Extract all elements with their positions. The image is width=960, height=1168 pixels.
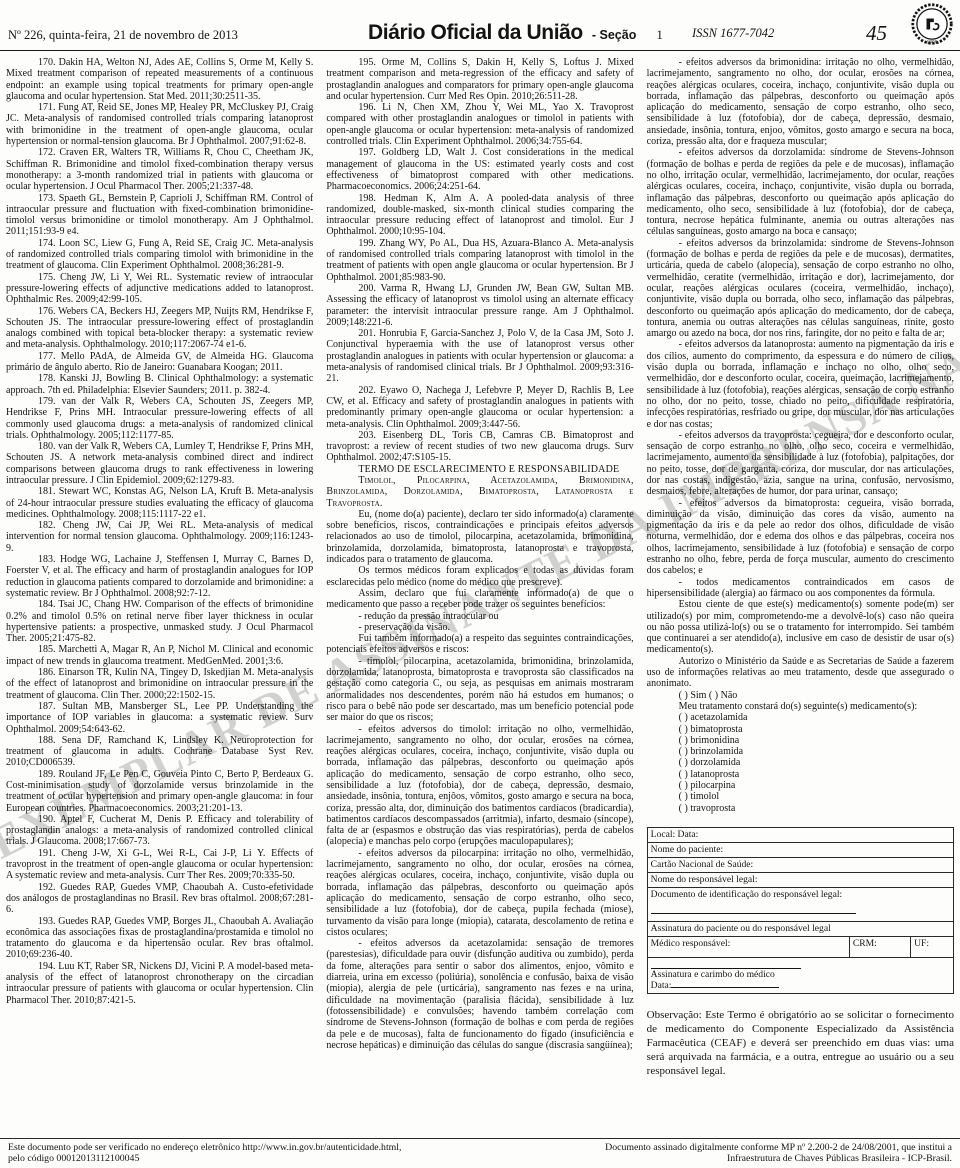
paragraph: ( ) pilocarpina bbox=[647, 780, 954, 791]
digital-signature-note: Documento assinado digitalmente conforme… bbox=[605, 1142, 952, 1164]
observation-note: Observação: Este Termo é obrigatório ao … bbox=[647, 1008, 954, 1078]
paragraph: - efeitos adversos da bimatoprosta: cegu… bbox=[647, 498, 954, 577]
reference-paragraph: 176. Webers CA, Beckers HJ, Zeegers MP, … bbox=[6, 306, 313, 351]
form-field-physician: Médico responsável: bbox=[647, 936, 849, 957]
issn-label: ISSN 1677-7042 bbox=[692, 26, 774, 41]
patient-form-table: Local: Data: Nome do paciente: Cartão Na… bbox=[647, 827, 954, 994]
section-label: - Seção bbox=[592, 28, 636, 42]
paragraph: ( ) travoprosta bbox=[647, 803, 954, 814]
reference-paragraph: 189. Rouland JF, Le Pen C, Gouveia Pinto… bbox=[6, 769, 313, 814]
paragraph: 201. Honrubia F, Garcia-Sanchez J, Polo … bbox=[326, 328, 633, 384]
paragraph: Os termos médicos foram explicados e tod… bbox=[326, 565, 633, 588]
form-field-physician-signature: Assinatura e carimbo do médico Data: bbox=[647, 957, 953, 993]
paragraph: - redução da pressão intraocular ou bbox=[326, 611, 633, 622]
paragraph: Timolol, Pilocarpina, Acetazolamida, Bri… bbox=[326, 475, 633, 509]
paragraph: 196. Li N, Chen XM, Zhou Y, Wei ML, Yao … bbox=[326, 102, 633, 147]
paragraph: - efeitos adversos da brimonidina: irrit… bbox=[647, 57, 954, 147]
paragraph: ( ) dorzolamida bbox=[647, 757, 954, 768]
edition-info: Nº 226, quinta-feira, 21 de novembro de … bbox=[8, 28, 238, 43]
page-header: Nº 226, quinta-feira, 21 de novembro de … bbox=[0, 0, 960, 51]
reference-paragraph: 190. Aptel F, Cucherat M, Denis P. Effic… bbox=[6, 814, 313, 848]
reference-paragraph: 170. Dakin HA, Welton NJ, Ades AE, Colli… bbox=[6, 57, 313, 102]
reference-paragraph: 182. Cheng JW, Cai JP, Wei RL. Meta-anal… bbox=[6, 520, 313, 554]
paragraph: ( ) brimonidina bbox=[647, 735, 954, 746]
gazette-page: EXEMPLAR DE ASSINANTE DA IMPRENSA NACION… bbox=[0, 0, 960, 1168]
reference-paragraph: 187. Sultan MB, Mansberger SL, Lee PP. U… bbox=[6, 701, 313, 735]
reference-paragraph: 192. Guedes RAP, Guedes VMP, Chaoubah A.… bbox=[6, 882, 313, 916]
form-field-guardian-id: Documento de identificação do responsáve… bbox=[647, 887, 953, 921]
paragraph: Assim, declaro que fui claramente inform… bbox=[326, 588, 633, 611]
reference-paragraph: 172. Craven ER, Walters TR, Williams R, … bbox=[6, 147, 313, 192]
date-fill-line bbox=[671, 986, 779, 988]
reference-paragraph: 175. Cheng JW, Li Y, Wei RL. Systematic … bbox=[6, 272, 313, 306]
page-footer: Este documento pode ser verificado no en… bbox=[0, 1138, 960, 1168]
reference-paragraph: 177. Mello PAdA, de Almeida GV, de Almei… bbox=[6, 351, 313, 374]
paragraph: Meu tratamento constará do(s) seguinte(s… bbox=[647, 701, 954, 712]
reference-paragraph: 184. Tsai JC, Chang HW. Comparison of th… bbox=[6, 599, 313, 644]
paragraph: Eu, (nome do(a) paciente), declaro ter s… bbox=[326, 509, 633, 565]
reference-paragraph: 181. Stewart WC, Konstas AG, Nelson LA, … bbox=[6, 486, 313, 520]
paragraph: 198. Hedman K, Alm A. A pooled-data anal… bbox=[326, 193, 633, 238]
form-field-crm: CRM: bbox=[849, 936, 910, 957]
paragraph: ( ) timolol bbox=[647, 791, 954, 802]
reference-paragraph: 186. Einarson TR, Kulin NA, Tingey D, Is… bbox=[6, 667, 313, 701]
paragraph: - preservação da visão. bbox=[326, 622, 633, 633]
form-field-patient-signature-label: Assinatura do paciente ou do responsável… bbox=[647, 921, 953, 936]
reference-paragraph: 194. Luu KT, Raber SR, Nickens DJ, Vicin… bbox=[6, 961, 313, 1006]
section-number: 1 bbox=[656, 27, 663, 42]
form-field-national-health-card: Cartão Nacional de Saúde: bbox=[647, 857, 953, 872]
paragraph: Fui também informado(a) a respeito das s… bbox=[326, 633, 633, 656]
patient-signature-line bbox=[651, 913, 856, 914]
verification-note: Este documento pode ser verificado no en… bbox=[8, 1142, 401, 1164]
paragraph: - efeitos adversos da pilocarpina: irrit… bbox=[326, 848, 633, 938]
form-field-legal-guardian-name: Nome do responsável legal: bbox=[647, 872, 953, 887]
paragraph: - efeitos adversos da acetazolamida: sen… bbox=[326, 938, 633, 1051]
form-field-local-data: Local: Data: bbox=[647, 827, 953, 842]
imprensa-nacional-seal-icon: 1808 bbox=[910, 2, 954, 51]
reference-paragraph: 183. Hodge WG, Lachaine J, Steffensen I,… bbox=[6, 554, 313, 599]
paragraph: 203. Eisenberg DL, Toris CB, Camras CB. … bbox=[326, 430, 633, 464]
paragraph: ( ) brinzolamida bbox=[647, 746, 954, 757]
paragraph: ( ) latanoprosta bbox=[647, 769, 954, 780]
paragraph: 202. Eyawo O, Nachega J, Lefebvre P, Mey… bbox=[326, 385, 633, 430]
paragraph: - timolol, pilocarpina, acetazolamida, b… bbox=[326, 656, 633, 724]
reference-paragraph: 191. Cheng J-W, Xi G-L, Wei R-L, Cai J-P… bbox=[6, 848, 313, 882]
form-field-uf: UF: bbox=[911, 936, 954, 957]
svg-text:1808: 1808 bbox=[927, 39, 938, 45]
reference-paragraph: 171. Fung AT, Reid SE, Jones MP, Healey … bbox=[6, 102, 313, 147]
page-number: 45 bbox=[866, 21, 887, 46]
paragraph: - efeitos adversos da latanoprosta: aume… bbox=[647, 339, 954, 429]
paragraph: ( ) acetazolamida bbox=[647, 712, 954, 723]
paragraph: Autorizo o Ministério da Saúde e as Secr… bbox=[647, 656, 954, 690]
masthead: Diário Oficial da União - Seção 1 bbox=[368, 21, 663, 45]
reference-paragraph: 179. van der Valk R, Webers CA, Schouten… bbox=[6, 396, 313, 441]
column-3-text: - efeitos adversos da brimonidina: irrit… bbox=[647, 57, 954, 814]
article-body: 170. Dakin HA, Welton NJ, Ades AE, Colli… bbox=[6, 57, 954, 1138]
reference-paragraph: 174. Loon SC, Liew G, Fung A, Reid SE, C… bbox=[6, 238, 313, 272]
paragraph: ( ) Sim ( ) Não bbox=[647, 690, 954, 701]
column-2-term-of-responsibility: 195. Orme M, Collins S, Dakin H, Kelly S… bbox=[326, 57, 633, 1138]
column-1-references: 170. Dakin HA, Welton NJ, Ades AE, Colli… bbox=[6, 57, 313, 1138]
masthead-title: Diário Oficial da União bbox=[368, 21, 583, 44]
reference-paragraph: 188. Sena DF, Ramchand K, Lindsley K. Ne… bbox=[6, 735, 313, 769]
paragraph: - todos medicamentos contraindicados em … bbox=[647, 577, 954, 600]
paragraph: Estou ciente de que este(s) medicamento(… bbox=[647, 599, 954, 655]
reference-paragraph: 185. Marchetti A, Magar R, An P, Nichol … bbox=[6, 644, 313, 667]
form-field-patient-name: Nome do paciente: bbox=[647, 842, 953, 857]
paragraph: 195. Orme M, Collins S, Dakin H, Kelly S… bbox=[326, 57, 633, 102]
paragraph: - efeitos adversos do timolol: irritação… bbox=[326, 724, 633, 848]
reference-paragraph: 173. Spaeth GL, Bernstein P, Caprioli J,… bbox=[6, 193, 313, 238]
paragraph: TERMO DE ESCLARECIMENTO E RESPONSABILIDA… bbox=[326, 464, 633, 475]
column-3-adverse-effects-and-form: - efeitos adversos da brimonidina: irrit… bbox=[647, 57, 954, 1138]
reference-paragraph: 178. Kanski JJ, Bowling B. Clinical Opht… bbox=[6, 373, 313, 396]
paragraph: 197. Goldberg LD, Walt J. Cost considera… bbox=[326, 147, 633, 192]
reference-paragraph: 193. Guedes RAP, Guedes VMP, Borges JL, … bbox=[6, 916, 313, 961]
paragraph: 199. Zhang WY, Po AL, Dua HS, Azuara-Bla… bbox=[326, 238, 633, 283]
paragraph: - efeitos adversos da brinzolamida: sínd… bbox=[647, 238, 954, 340]
paragraph: - efeitos adversos da dorzolamida: síndr… bbox=[647, 147, 954, 237]
paragraph: 200. Varma R, Hwang LJ, Grunden JW, Bean… bbox=[326, 283, 633, 328]
paragraph: - efeitos adversos da travoprosta: cegue… bbox=[647, 430, 954, 498]
reference-paragraph: 180. van der Valk R, Webers CA, Lumley T… bbox=[6, 441, 313, 486]
paragraph: ( ) bimatoprosta bbox=[647, 724, 954, 735]
